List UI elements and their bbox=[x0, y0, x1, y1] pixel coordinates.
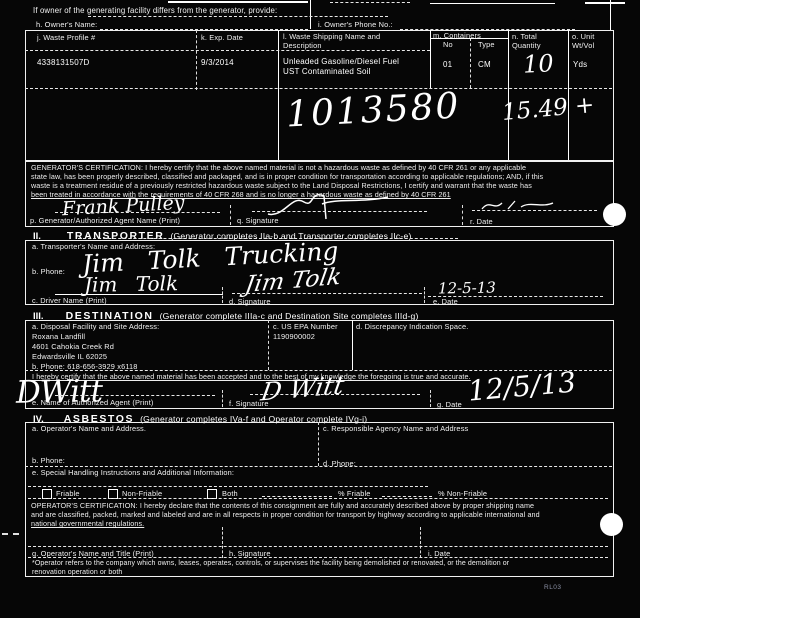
operator-cert-line: and are classified, packed, marked and l… bbox=[31, 510, 540, 519]
table-divider bbox=[196, 30, 197, 90]
facility-city: Edwardsville IL 62025 bbox=[32, 352, 107, 361]
non-friable-label: Non-Friable bbox=[122, 489, 162, 498]
scan-line bbox=[88, 16, 388, 17]
epa-number-value: 1190900002 bbox=[273, 332, 315, 341]
signature-line bbox=[472, 210, 597, 211]
col-containers: m. Containers bbox=[433, 31, 481, 40]
divider bbox=[25, 466, 612, 467]
hole-punch bbox=[603, 203, 626, 226]
scan-line bbox=[330, 2, 410, 3]
col-shipping-name-2: Description bbox=[283, 41, 322, 50]
both-label: Both bbox=[222, 489, 238, 498]
table-divider bbox=[508, 30, 509, 160]
signature-line bbox=[252, 211, 427, 212]
signature-line bbox=[232, 293, 422, 294]
operator-name-label: a. Operator's Name and Address. bbox=[32, 424, 146, 433]
generator-signature-scribble bbox=[262, 188, 392, 222]
generator-cert-line: GENERATOR'S CERTIFICATION: I hereby cert… bbox=[31, 163, 526, 172]
destination-agent-label: e. Name of Authorized Agent (Print) bbox=[32, 398, 154, 407]
col-total-quantity-2: Quantity bbox=[512, 41, 541, 50]
scan-line bbox=[430, 3, 555, 4]
epa-number-label: c. US EPA Number bbox=[273, 322, 338, 331]
transporter-phone-label: b. Phone: bbox=[32, 267, 65, 276]
divider bbox=[28, 486, 428, 487]
friable-label: Friable bbox=[56, 489, 80, 498]
containers-type-value: CM bbox=[478, 60, 491, 69]
divider bbox=[222, 390, 223, 407]
col-exp-date: k. Exp. Date bbox=[201, 33, 243, 42]
driver-name-label: c. Driver Name (Print) bbox=[32, 296, 107, 305]
facility-name: Roxana Landfill bbox=[32, 332, 85, 341]
table-divider bbox=[470, 38, 471, 88]
destination-date-label: g. Date bbox=[437, 400, 462, 409]
col-unit: o. Unit bbox=[572, 32, 594, 41]
divider bbox=[430, 390, 431, 407]
col-waste-profile: j. Waste Profile # bbox=[37, 33, 95, 42]
driver-signature-label: d. Signature bbox=[229, 297, 271, 306]
scan-line bbox=[78, 238, 458, 239]
transporter-date-handwriting: 12-5-13 bbox=[438, 278, 496, 297]
scanned-manifest-page: If owner of the generating facility diff… bbox=[0, 0, 800, 618]
divider bbox=[462, 205, 463, 225]
driver-name-handwriting: Jim Tolk bbox=[84, 271, 178, 297]
divider bbox=[268, 320, 269, 370]
signature-line bbox=[250, 394, 420, 395]
shipping-name-value: Unleaded Gasoline/Diesel Fuel bbox=[283, 57, 399, 66]
divider bbox=[352, 320, 353, 370]
containers-no-value: 01 bbox=[443, 60, 452, 69]
col-total-quantity: n. Total bbox=[512, 32, 537, 41]
margin-mark bbox=[2, 533, 19, 535]
generator-print-label: p. Generator/Authorized Agent Name (Prin… bbox=[30, 216, 180, 225]
waste-profile-value: 4338131507D bbox=[37, 58, 89, 67]
document-scan: If owner of the generating facility diff… bbox=[0, 0, 640, 618]
signature-line bbox=[55, 395, 215, 396]
divider bbox=[318, 422, 319, 466]
divider bbox=[230, 205, 231, 225]
divider bbox=[28, 546, 608, 547]
divider bbox=[424, 287, 425, 303]
exp-date-value: 9/3/2014 bbox=[201, 58, 234, 67]
divider bbox=[28, 557, 608, 558]
unit-value: Yds bbox=[573, 60, 587, 69]
signature-line bbox=[55, 212, 220, 213]
destination-signature-label: f. Signature bbox=[229, 399, 269, 408]
responsible-agency-label: c. Responsible Agency Name and Address bbox=[323, 424, 468, 433]
watermark-text: RL03 bbox=[544, 584, 562, 591]
special-handling-label: e. Special Handling Instructions and Add… bbox=[32, 468, 234, 477]
facility-street: 4601 Cahokia Creek Rd bbox=[32, 342, 114, 351]
percent-friable-line bbox=[262, 496, 332, 497]
col-unit-2: Wt/Vol bbox=[572, 41, 594, 50]
hole-punch bbox=[600, 513, 623, 536]
percent-non-friable-label: % Non-Friable bbox=[438, 489, 487, 498]
shipping-name-value-2: UST Contaminated Soil bbox=[283, 67, 371, 76]
scan-line bbox=[310, 0, 311, 29]
discrepancy-label: d. Discrepancy Indication Space. bbox=[356, 322, 468, 331]
generator-signature-label: q. Signature bbox=[237, 216, 279, 225]
signature-line bbox=[55, 294, 223, 295]
handwritten-quantity: 10 bbox=[522, 49, 554, 79]
scan-line bbox=[585, 2, 625, 4]
col-shipping-name: l. Waste Shipping Name and bbox=[283, 32, 380, 41]
operator-cert-line: OPERATOR'S CERTIFICATION: I hereby decla… bbox=[31, 501, 534, 510]
generator-cert-line: state law, has been properly described, … bbox=[31, 172, 543, 181]
percent-non-friable-line bbox=[382, 496, 432, 497]
operator-phone-label: b. Phone: bbox=[32, 456, 65, 465]
transporter-date-label: e. Date bbox=[433, 297, 458, 306]
scan-line bbox=[168, 1, 308, 3]
percent-friable-label: % Friable bbox=[338, 489, 371, 498]
col-containers-type: Type bbox=[478, 40, 495, 49]
col-containers-no: No bbox=[443, 40, 453, 49]
disposal-facility-label: a. Disposal Facility and Site Address: bbox=[32, 322, 159, 331]
table-divider bbox=[25, 88, 612, 89]
generator-date-label: r. Date bbox=[470, 217, 493, 226]
divider bbox=[222, 527, 223, 558]
divider bbox=[420, 527, 421, 558]
owner-name-label: h. Owner's Name: bbox=[36, 20, 97, 29]
scan-line bbox=[610, 0, 611, 30]
divider bbox=[222, 287, 223, 303]
operator-cert-line: national governmental regulations. bbox=[31, 519, 144, 528]
owner-phone-label: i. Owner's Phone No.: bbox=[318, 20, 393, 29]
operator-footnote-2: renovation operation or both bbox=[32, 568, 122, 577]
divider bbox=[28, 498, 608, 499]
table-divider bbox=[25, 50, 430, 51]
operator-footnote: *Operator refers to the company which ow… bbox=[32, 559, 509, 568]
owner-note: If owner of the generating facility diff… bbox=[33, 6, 277, 15]
